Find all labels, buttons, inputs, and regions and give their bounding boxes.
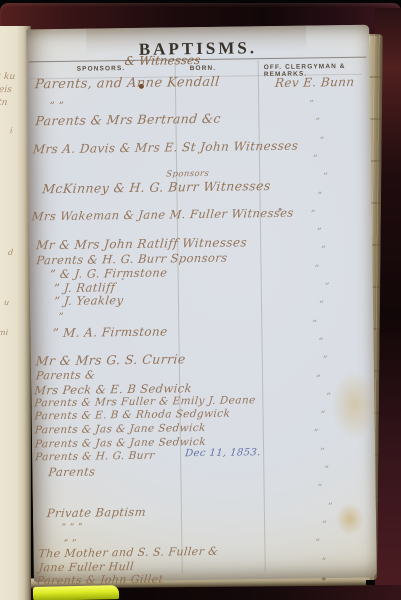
- ditto-mark: ”: [323, 355, 328, 365]
- ditto-mark: ”: [317, 191, 322, 201]
- facing-page-text-fragment: leis: [0, 85, 12, 95]
- ditto-mark: ”: [316, 374, 321, 384]
- ditto-mark: ”: [314, 429, 319, 439]
- ditto-mark: ”: [325, 282, 330, 292]
- photo-of-baptism-register-book: at kuleistnidumi BAPTISMS. SPONSORS. & W…: [0, 0, 401, 600]
- ditto-mark: ”: [313, 154, 318, 164]
- ditto-mark: ”: [315, 539, 320, 549]
- highlighter-object: [33, 585, 119, 600]
- ditto-mark: ”: [317, 227, 322, 237]
- ditto-mark: ”: [320, 136, 325, 146]
- facing-page-text-fragment: u: [4, 298, 10, 307]
- ditto-mark: ”: [321, 246, 326, 256]
- ditto-mark: ”: [311, 209, 316, 219]
- ditto-mark: ”: [323, 172, 328, 182]
- facing-page-text-fragment: d: [8, 248, 14, 257]
- ditto-mark: ”: [321, 410, 326, 420]
- ditto-mark: ”: [322, 557, 327, 567]
- ditto-mark: ”: [326, 392, 331, 402]
- ditto-mark: ”: [318, 484, 323, 494]
- ditto-mark: ”: [328, 502, 333, 512]
- ditto-mark: ”: [324, 465, 329, 475]
- facing-page-text-fragment: i: [10, 126, 14, 135]
- ditto-mark: ”: [315, 118, 320, 128]
- facing-page-text-fragment: tn: [0, 98, 8, 108]
- ditto-mark: ”: [318, 337, 323, 347]
- facing-page-text-fragment: at ku: [0, 72, 16, 82]
- ditto-mark: ”: [320, 447, 325, 457]
- ditto-mark: ”: [314, 264, 319, 274]
- register-page: BAPTISMS. SPONSORS. & Witnesses BORN. OF…: [26, 25, 377, 583]
- ditto-mark: ”: [322, 520, 327, 530]
- ditto-mark: ”: [309, 99, 314, 109]
- ditto-mark: ”: [312, 319, 317, 329]
- ditto-mark: ”: [319, 301, 324, 311]
- facing-page-text-fragment: mi: [0, 328, 9, 337]
- ditto-marks-column: ””””””””””””””””””””””””””: [26, 25, 377, 583]
